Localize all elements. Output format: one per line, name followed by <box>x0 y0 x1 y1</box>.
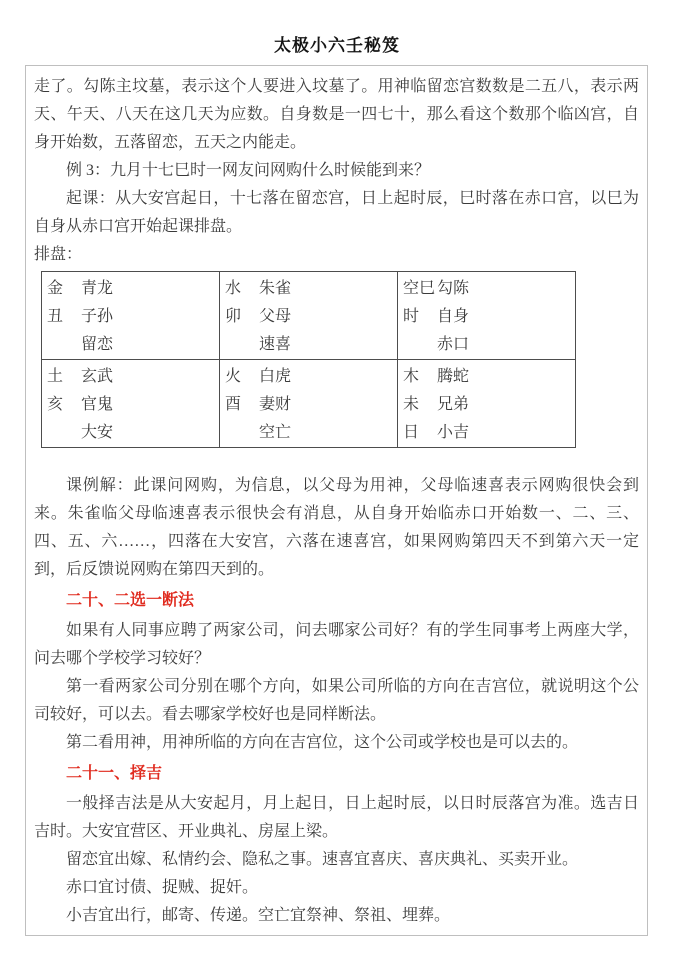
table-cell: 木腾蛇 未兄弟 日小吉 <box>398 360 576 448</box>
cell-line: 空亡 <box>225 419 393 447</box>
section-heading-21: 二十一、择吉 <box>34 760 639 788</box>
cell-line: 未兄弟 <box>403 391 571 419</box>
paragraph-example-3: 例 3：九月十七巳时一网友问网购什么时候能到来？ <box>34 157 639 185</box>
cell-line: 卯父母 <box>225 303 393 331</box>
cell-line: 木腾蛇 <box>403 363 571 391</box>
cell-line: 亥官鬼 <box>47 391 215 419</box>
paragraph: 小吉宜出行，邮寄、传递。空亡宜祭神、祭祖、埋葬。 <box>34 902 639 930</box>
table-cell: 水朱雀 卯父母 速喜 <box>220 272 398 360</box>
cell-line: 丑子孙 <box>47 303 215 331</box>
cell-line: 土玄武 <box>47 363 215 391</box>
paragraph: 如果有人同事应聘了两家公司，问去哪家公司好？有的学生同事考上两座大学，问去哪个学… <box>34 617 639 673</box>
cell-line: 空巳勾陈 <box>403 275 571 303</box>
section-heading-20: 二十、二选一断法 <box>34 587 639 615</box>
plate-label: 排盘： <box>34 241 639 269</box>
cell-line: 酉妻财 <box>225 391 393 419</box>
paragraph-qike: 起课：从大安宫起日，十七落在留恋宫，日上起时辰，巳时落在赤口宫，以巳为自身从赤口… <box>34 185 639 241</box>
paragraph: 第一看两家公司分别在哪个方向，如果公司所临的方向在吉宫位，就说明这个公司较好，可… <box>34 673 639 729</box>
cell-line: 日小吉 <box>403 419 571 447</box>
paragraph-kelijie: 课例解：此课问网购，为信息，以父母为用神，父母临速喜表示网购很快会到来。朱雀临父… <box>34 472 639 584</box>
cell-line: 火白虎 <box>225 363 393 391</box>
table-row: 金青龙 丑子孙 留恋 水朱雀 卯父母 速喜 空巳勾陈 时自身 赤口 <box>42 272 576 360</box>
table-cell: 火白虎 酉妻财 空亡 <box>220 360 398 448</box>
paragraph: 留恋宜出嫁、私情约会、隐私之事。速喜宜喜庆、喜庆典礼、买卖开业。 <box>34 846 639 874</box>
paragraph: 第二看用神，用神所临的方向在吉宫位，这个公司或学校也是可以去的。 <box>34 729 639 757</box>
paragraph: 赤口宜讨债、捉贼、捉奸。 <box>34 874 639 902</box>
paragraph: 走了。勾陈主坟墓，表示这个人要进入坟墓了。用神临留恋宫数数是二五八，表示两天、午… <box>34 73 639 157</box>
cell-line: 赤口 <box>403 331 571 359</box>
cell-line: 速喜 <box>225 331 393 359</box>
table-cell: 土玄武 亥官鬼 大安 <box>42 360 220 448</box>
paragraph: 一般择吉法是从大安起月，月上起日，日上起时辰，以日时辰落宫为准。选吉日吉时。大安… <box>34 790 639 846</box>
plate-table: 金青龙 丑子孙 留恋 水朱雀 卯父母 速喜 空巳勾陈 时自身 赤口 土玄武 <box>41 271 576 448</box>
cell-line: 留恋 <box>47 331 215 359</box>
page-title: 太极小六壬秘笈 <box>0 0 674 58</box>
table-row: 土玄武 亥官鬼 大安 火白虎 酉妻财 空亡 木腾蛇 未兄弟 日小吉 <box>42 360 576 448</box>
document-body-box: 走了。勾陈主坟墓，表示这个人要进入坟墓了。用神临留恋宫数数是二五八，表示两天、午… <box>25 65 648 936</box>
cell-line: 金青龙 <box>47 275 215 303</box>
document-page: 太极小六壬秘笈 走了。勾陈主坟墓，表示这个人要进入坟墓了。用神临留恋宫数数是二五… <box>0 0 674 978</box>
cell-line: 大安 <box>47 419 215 447</box>
cell-line: 时自身 <box>403 303 571 331</box>
table-cell: 金青龙 丑子孙 留恋 <box>42 272 220 360</box>
cell-line: 水朱雀 <box>225 275 393 303</box>
table-cell: 空巳勾陈 时自身 赤口 <box>398 272 576 360</box>
